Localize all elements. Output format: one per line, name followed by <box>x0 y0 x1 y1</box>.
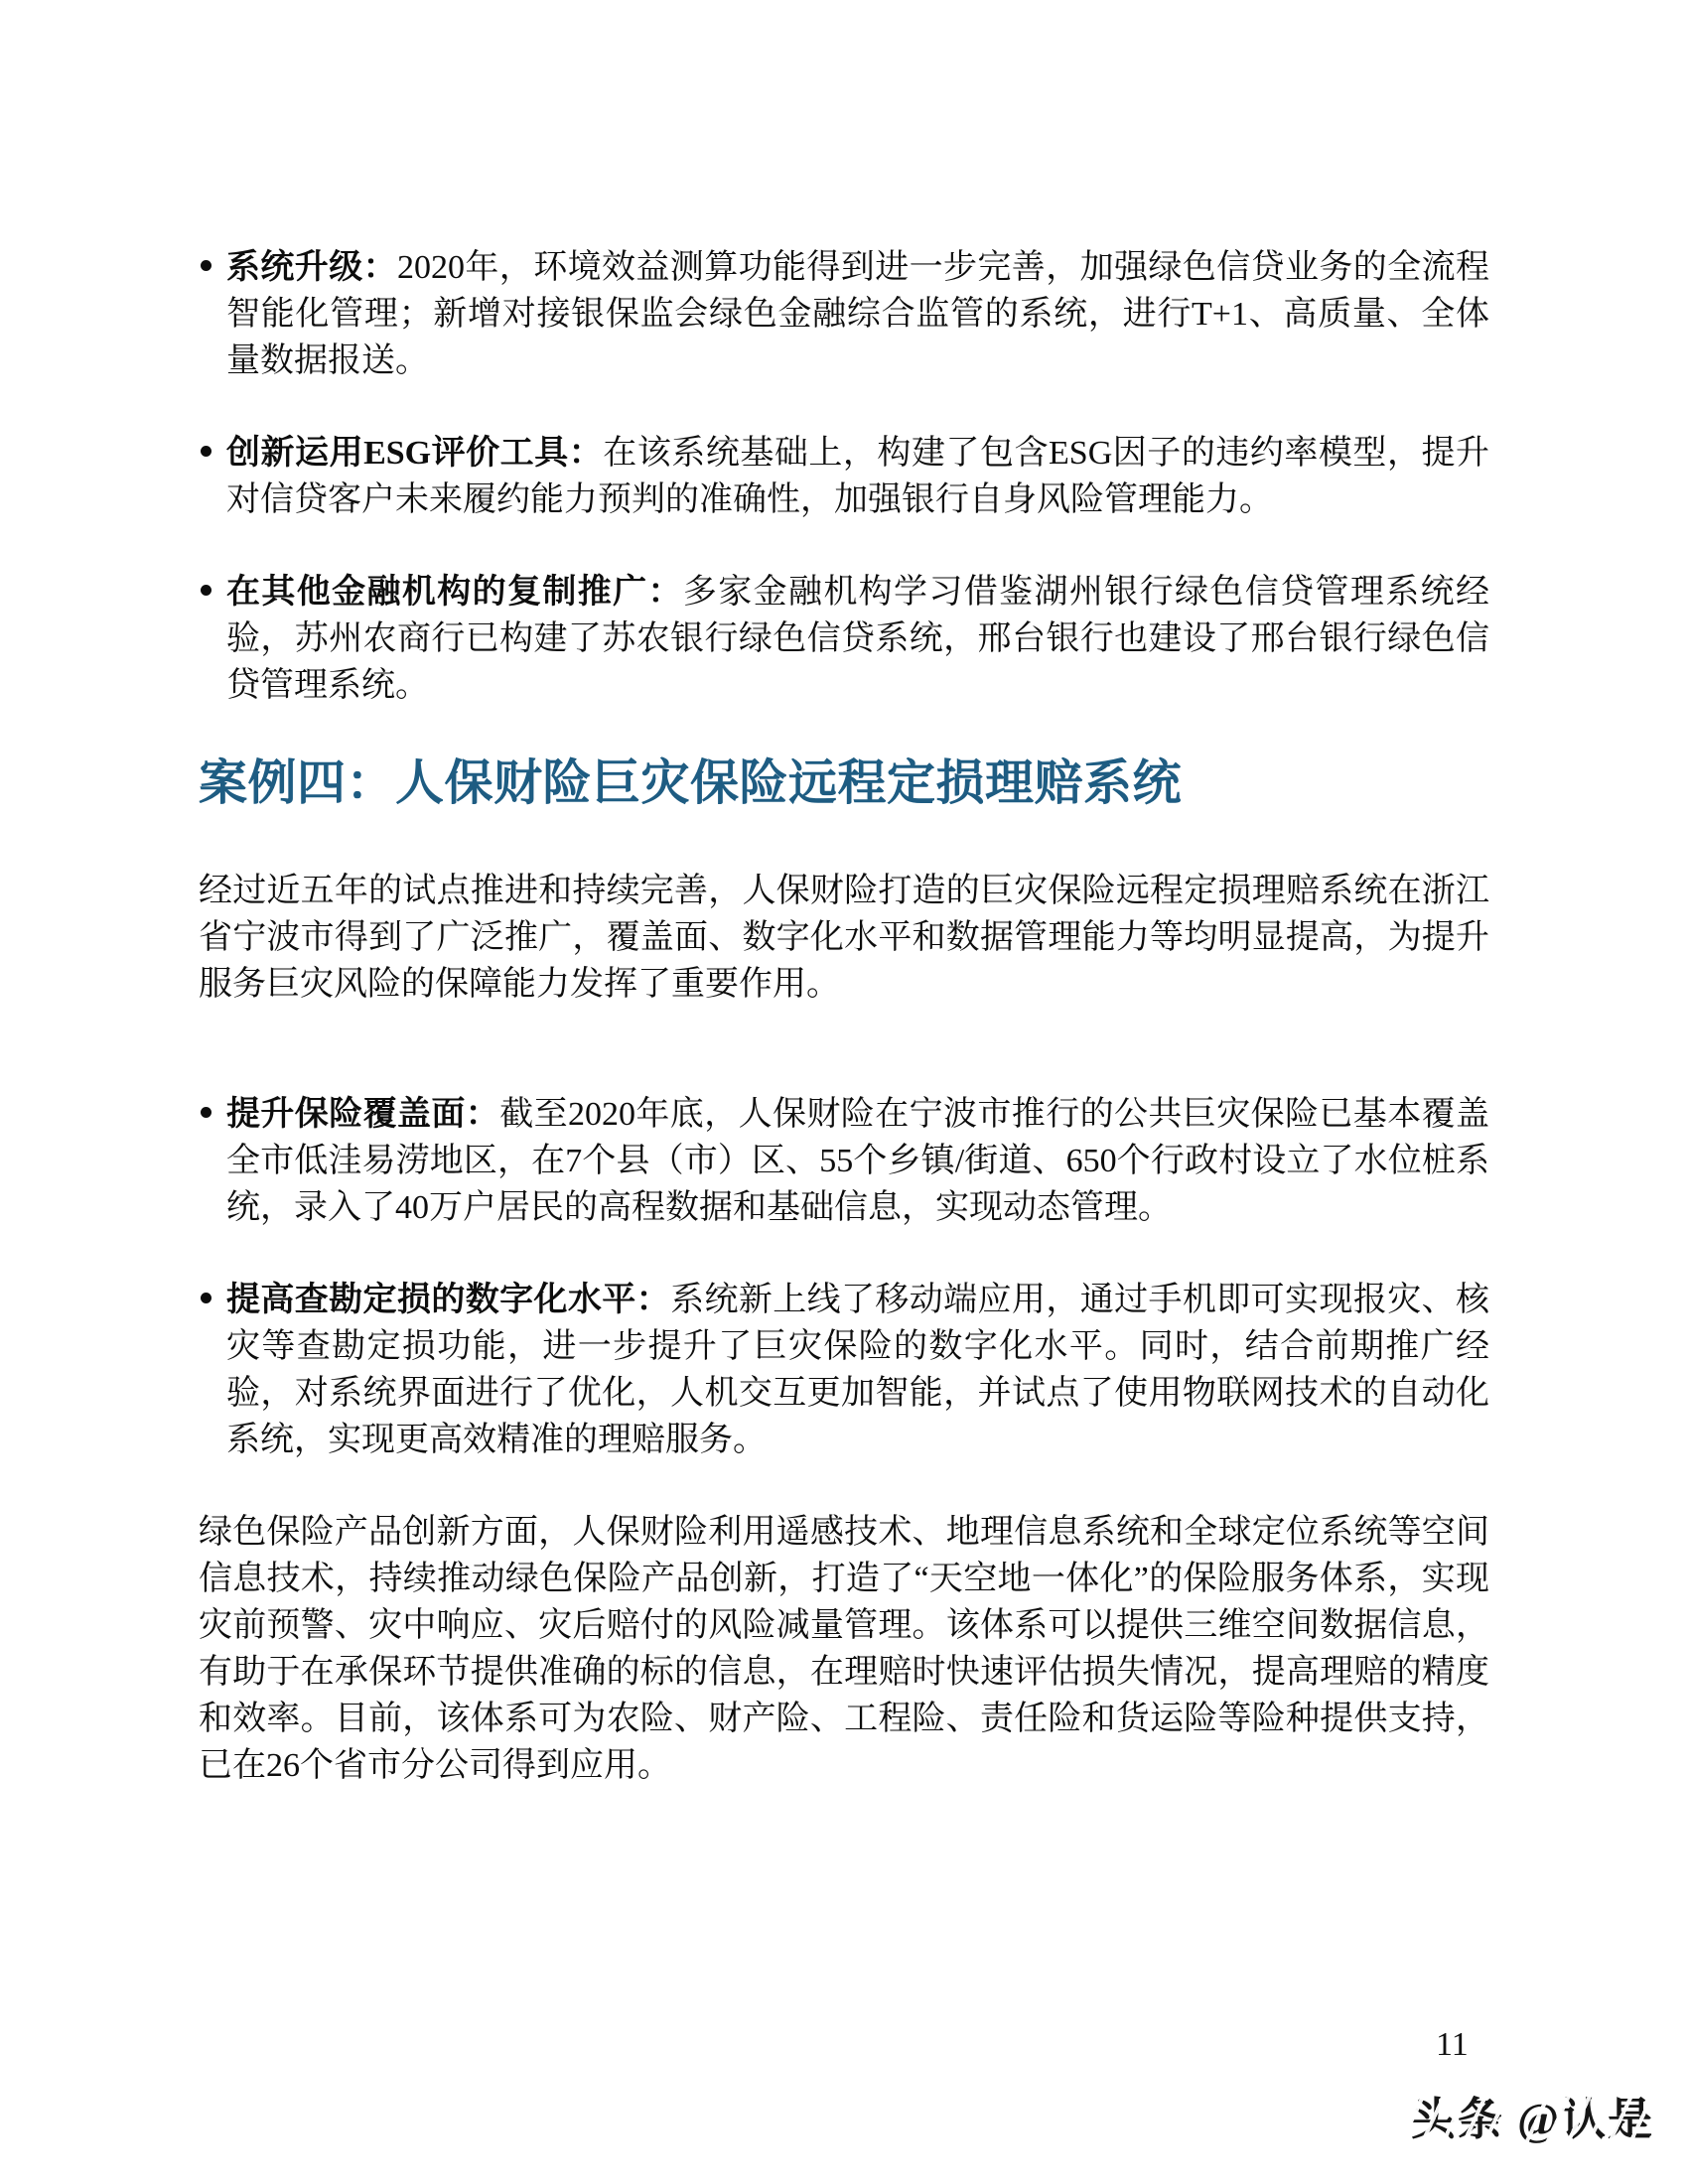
section-heading: 案例四：人保财险巨灾保险远程定损理赔系统 <box>199 754 1489 812</box>
document-page: 系统升级：2020年，环境效益测算功能得到进一步完善，加强绿色信贷业务的全流程智… <box>0 0 1688 2184</box>
bullet-dot-icon <box>201 585 211 596</box>
page-number: 11 <box>1436 2025 1469 2065</box>
list-item: 提高查勘定损的数字化水平：系统新上线了移动端应用，通过手机即可实现报灾、核灾等查… <box>199 1277 1489 1463</box>
bullet-dot-icon <box>201 446 211 457</box>
closing-paragraph: 绿色保险产品创新方面，人保财险利用遥感技术、地理信息系统和全球定位系统等空间信息… <box>199 1509 1489 1789</box>
bullet-dot-icon <box>201 1107 211 1118</box>
bullet-lead: 在其他金融机构的复制推广： <box>226 574 683 611</box>
list-item: 提升保险覆盖面：截至2020年底，人保财险在宁波市推行的公共巨灾保险已基本覆盖全… <box>199 1091 1489 1231</box>
bullet-lead: 创新运用ESG评价工具： <box>226 435 603 472</box>
page-content: 系统升级：2020年，环境效益测算功能得到进一步完善，加强绿色信贷业务的全流程智… <box>199 0 1489 1789</box>
intro-paragraph: 经过近五年的试点推进和持续完善，人保财险打造的巨灾保险远程定损理赔系统在浙江省宁… <box>199 868 1489 1008</box>
bullet-dot-icon <box>201 1293 211 1303</box>
list-item: 在其他金融机构的复制推广：多家金融机构学习借鉴湖州银行绿色信贷管理系统经验，苏州… <box>199 569 1489 709</box>
bullet-lead: 提升保险覆盖面： <box>226 1096 499 1133</box>
list-item: 系统升级：2020年，环境效益测算功能得到进一步完善，加强绿色信贷业务的全流程智… <box>199 244 1489 384</box>
case3-bullet-list: 系统升级：2020年，环境效益测算功能得到进一步完善，加强绿色信贷业务的全流程智… <box>199 244 1489 709</box>
bullet-dot-icon <box>201 260 211 271</box>
case4-bullet-list: 提升保险覆盖面：截至2020年底，人保财险在宁波市推行的公共巨灾保险已基本覆盖全… <box>199 1091 1489 1463</box>
list-item: 创新运用ESG评价工具：在该系统基础上，构建了包含ESG因子的违约率模型，提升对… <box>199 430 1489 523</box>
bullet-text: 2020年，环境效益测算功能得到进一步完善，加强绿色信贷业务的全流程智能化管理；… <box>226 249 1489 379</box>
bullet-lead: 系统升级： <box>226 249 397 286</box>
watermark: 头条 @认是 <box>1411 2091 1654 2148</box>
bullet-lead: 提高查勘定损的数字化水平： <box>226 1282 670 1318</box>
